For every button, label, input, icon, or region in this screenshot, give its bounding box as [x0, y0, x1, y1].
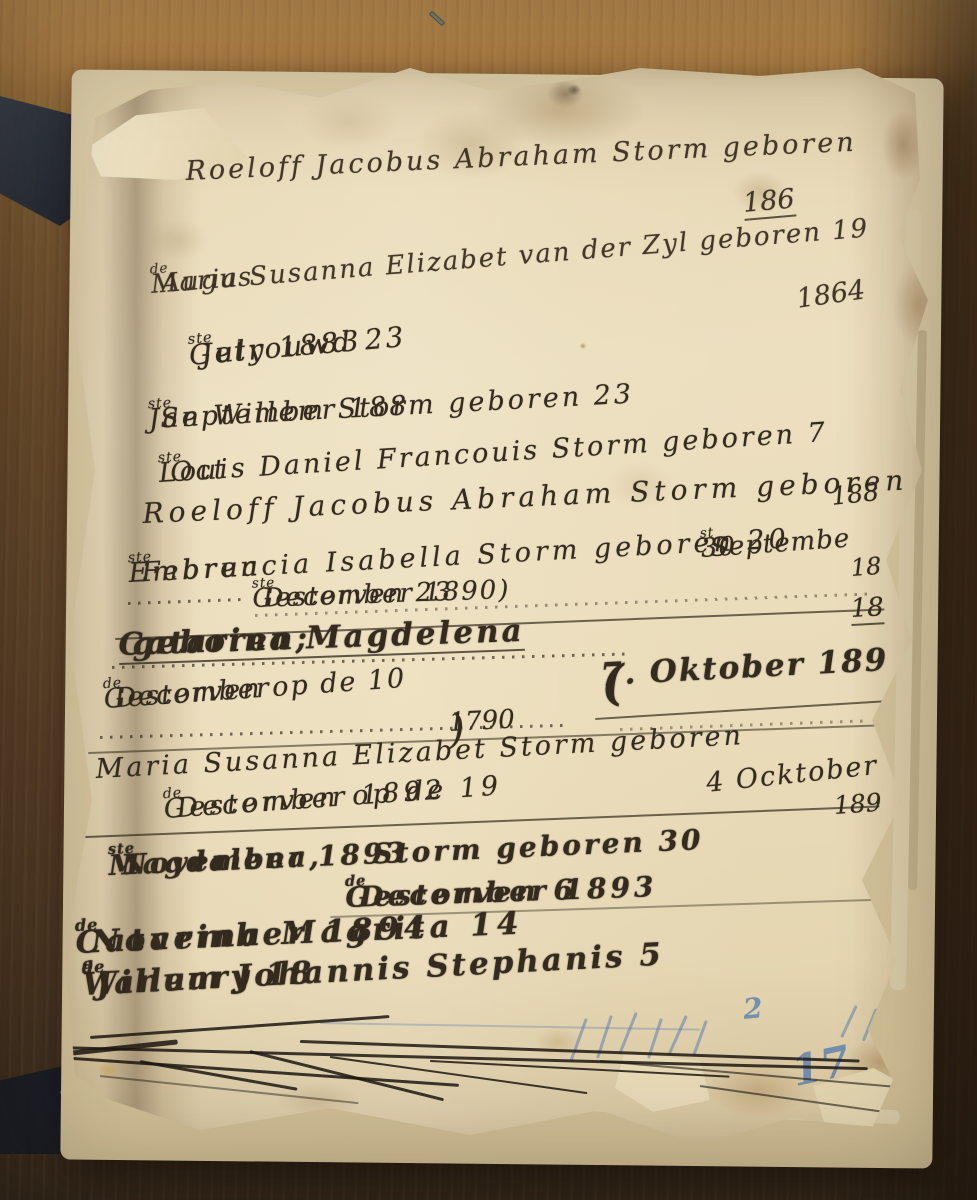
superscript: 9 [81, 959, 94, 976]
text-segment: 186 [742, 186, 796, 221]
text-segment: Augus [150, 264, 254, 298]
photo-of-family-register: Roeloff Jacobus Abraham Storm geboren 18… [0, 0, 977, 1200]
text-segment: Oct [158, 456, 228, 487]
text-segment: geboren; [118, 623, 311, 661]
text-segment: 18 [850, 554, 882, 580]
text-segment: Februa [128, 553, 263, 587]
register-page: Roeloff Jacobus Abraham Storm geboren 18… [58, 60, 938, 1160]
text-segment: 189 [833, 790, 882, 818]
text-segment: 2 [742, 994, 764, 1024]
